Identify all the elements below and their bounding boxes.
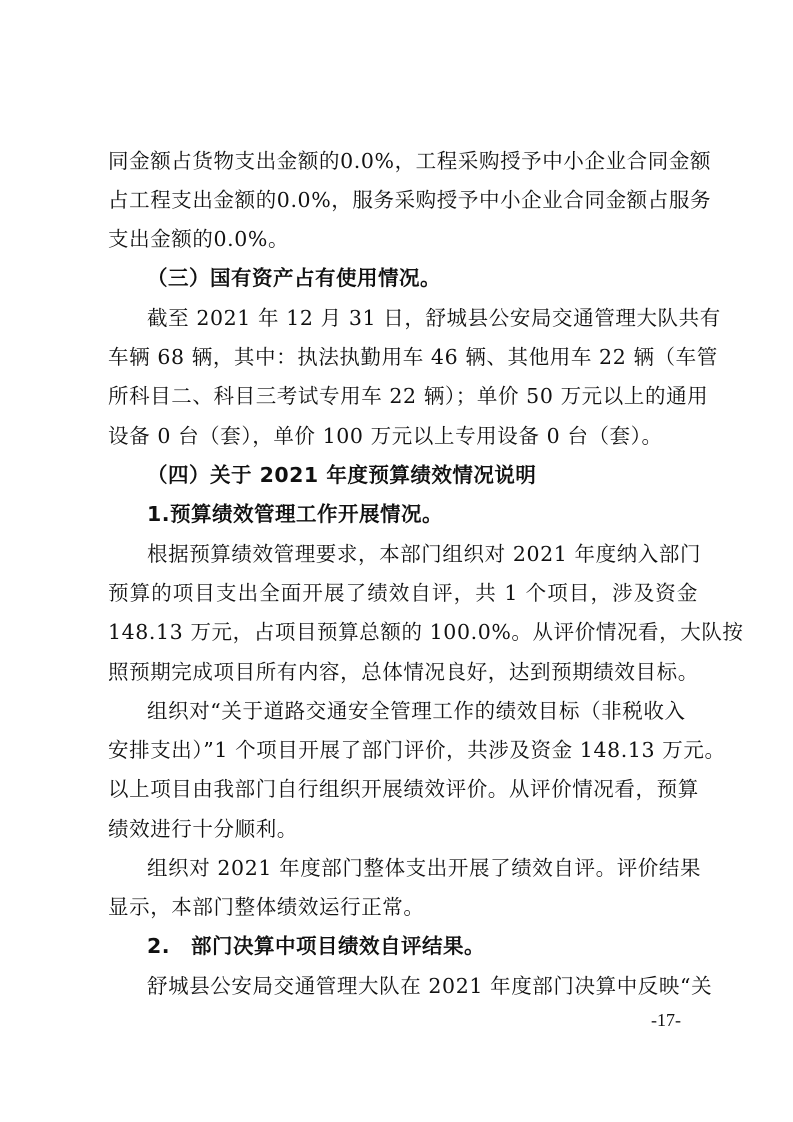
section-heading-performance: （四）关于 2021 年度预算绩效情况说明: [147, 463, 737, 487]
document-page: 同金额占货物支出金额的0.0%，工程采购授予中小企业合同金额 占工程支出金额的0…: [0, 0, 793, 1122]
paragraph-line: 所科目二、科目三考试专用车 22 辆）；单价 50 万元以上的通用: [108, 384, 698, 408]
paragraph-line: 绩效进行十分顺利。: [108, 817, 698, 841]
paragraph-line: 照预期完成项目所有内容，总体情况良好，达到预期绩效目标。: [108, 660, 698, 684]
paragraph-line: 显示，本部门整体绩效运行正常。: [108, 895, 698, 919]
paragraph-line: 组织对“关于道路交通安全管理工作的绩效目标（非税收入: [147, 699, 698, 723]
paragraph-line: 支出金额的0.0%。: [108, 227, 698, 251]
paragraph-line: 截至 2021 年 12 月 31 日，舒城县公安局交通管理大队共有: [147, 306, 698, 330]
subsection-heading-2: 2. 部门决算中项目绩效自评结果。: [147, 934, 737, 958]
paragraph-line: 148.13 万元，占项目预算总额的 100.0%。从评价情况看，大队按: [108, 620, 698, 644]
paragraph-line: 预算的项目支出全面开展了绩效自评，共 1 个项目，涉及资金: [108, 581, 698, 605]
paragraph-line: 以上项目由我部门自行组织开展绩效评价。从评价情况看，预算: [108, 777, 698, 801]
subsection-heading-1: 1.预算绩效管理工作开展情况。: [147, 502, 737, 526]
paragraph-line: 车辆 68 辆，其中：执法执勤用车 46 辆、其他用车 22 辆（车管: [108, 345, 698, 369]
page-number: -17-: [651, 1010, 681, 1031]
paragraph-line: 组织对 2021 年度部门整体支出开展了绩效自评。评价结果: [147, 856, 698, 880]
section-heading-assets: （三）国有资产占有使用情况。: [147, 266, 737, 290]
paragraph-line: 设备 0 台（套），单价 100 万元以上专用设备 0 台（套）。: [108, 424, 698, 448]
paragraph-line: 同金额占货物支出金额的0.0%，工程采购授予中小企业合同金额: [108, 149, 698, 173]
paragraph-line: 根据预算绩效管理要求，本部门组织对 2021 年度纳入部门: [147, 542, 698, 566]
paragraph-line: 安排支出）”1 个项目开展了部门评价，共涉及资金 148.13 万元。: [108, 738, 698, 762]
paragraph-line: 占工程支出金额的0.0%，服务采购授予中小企业合同金额占服务: [108, 188, 698, 212]
paragraph-line: 舒城县公安局交通管理大队在 2021 年度部门决算中反映“关: [147, 974, 698, 998]
